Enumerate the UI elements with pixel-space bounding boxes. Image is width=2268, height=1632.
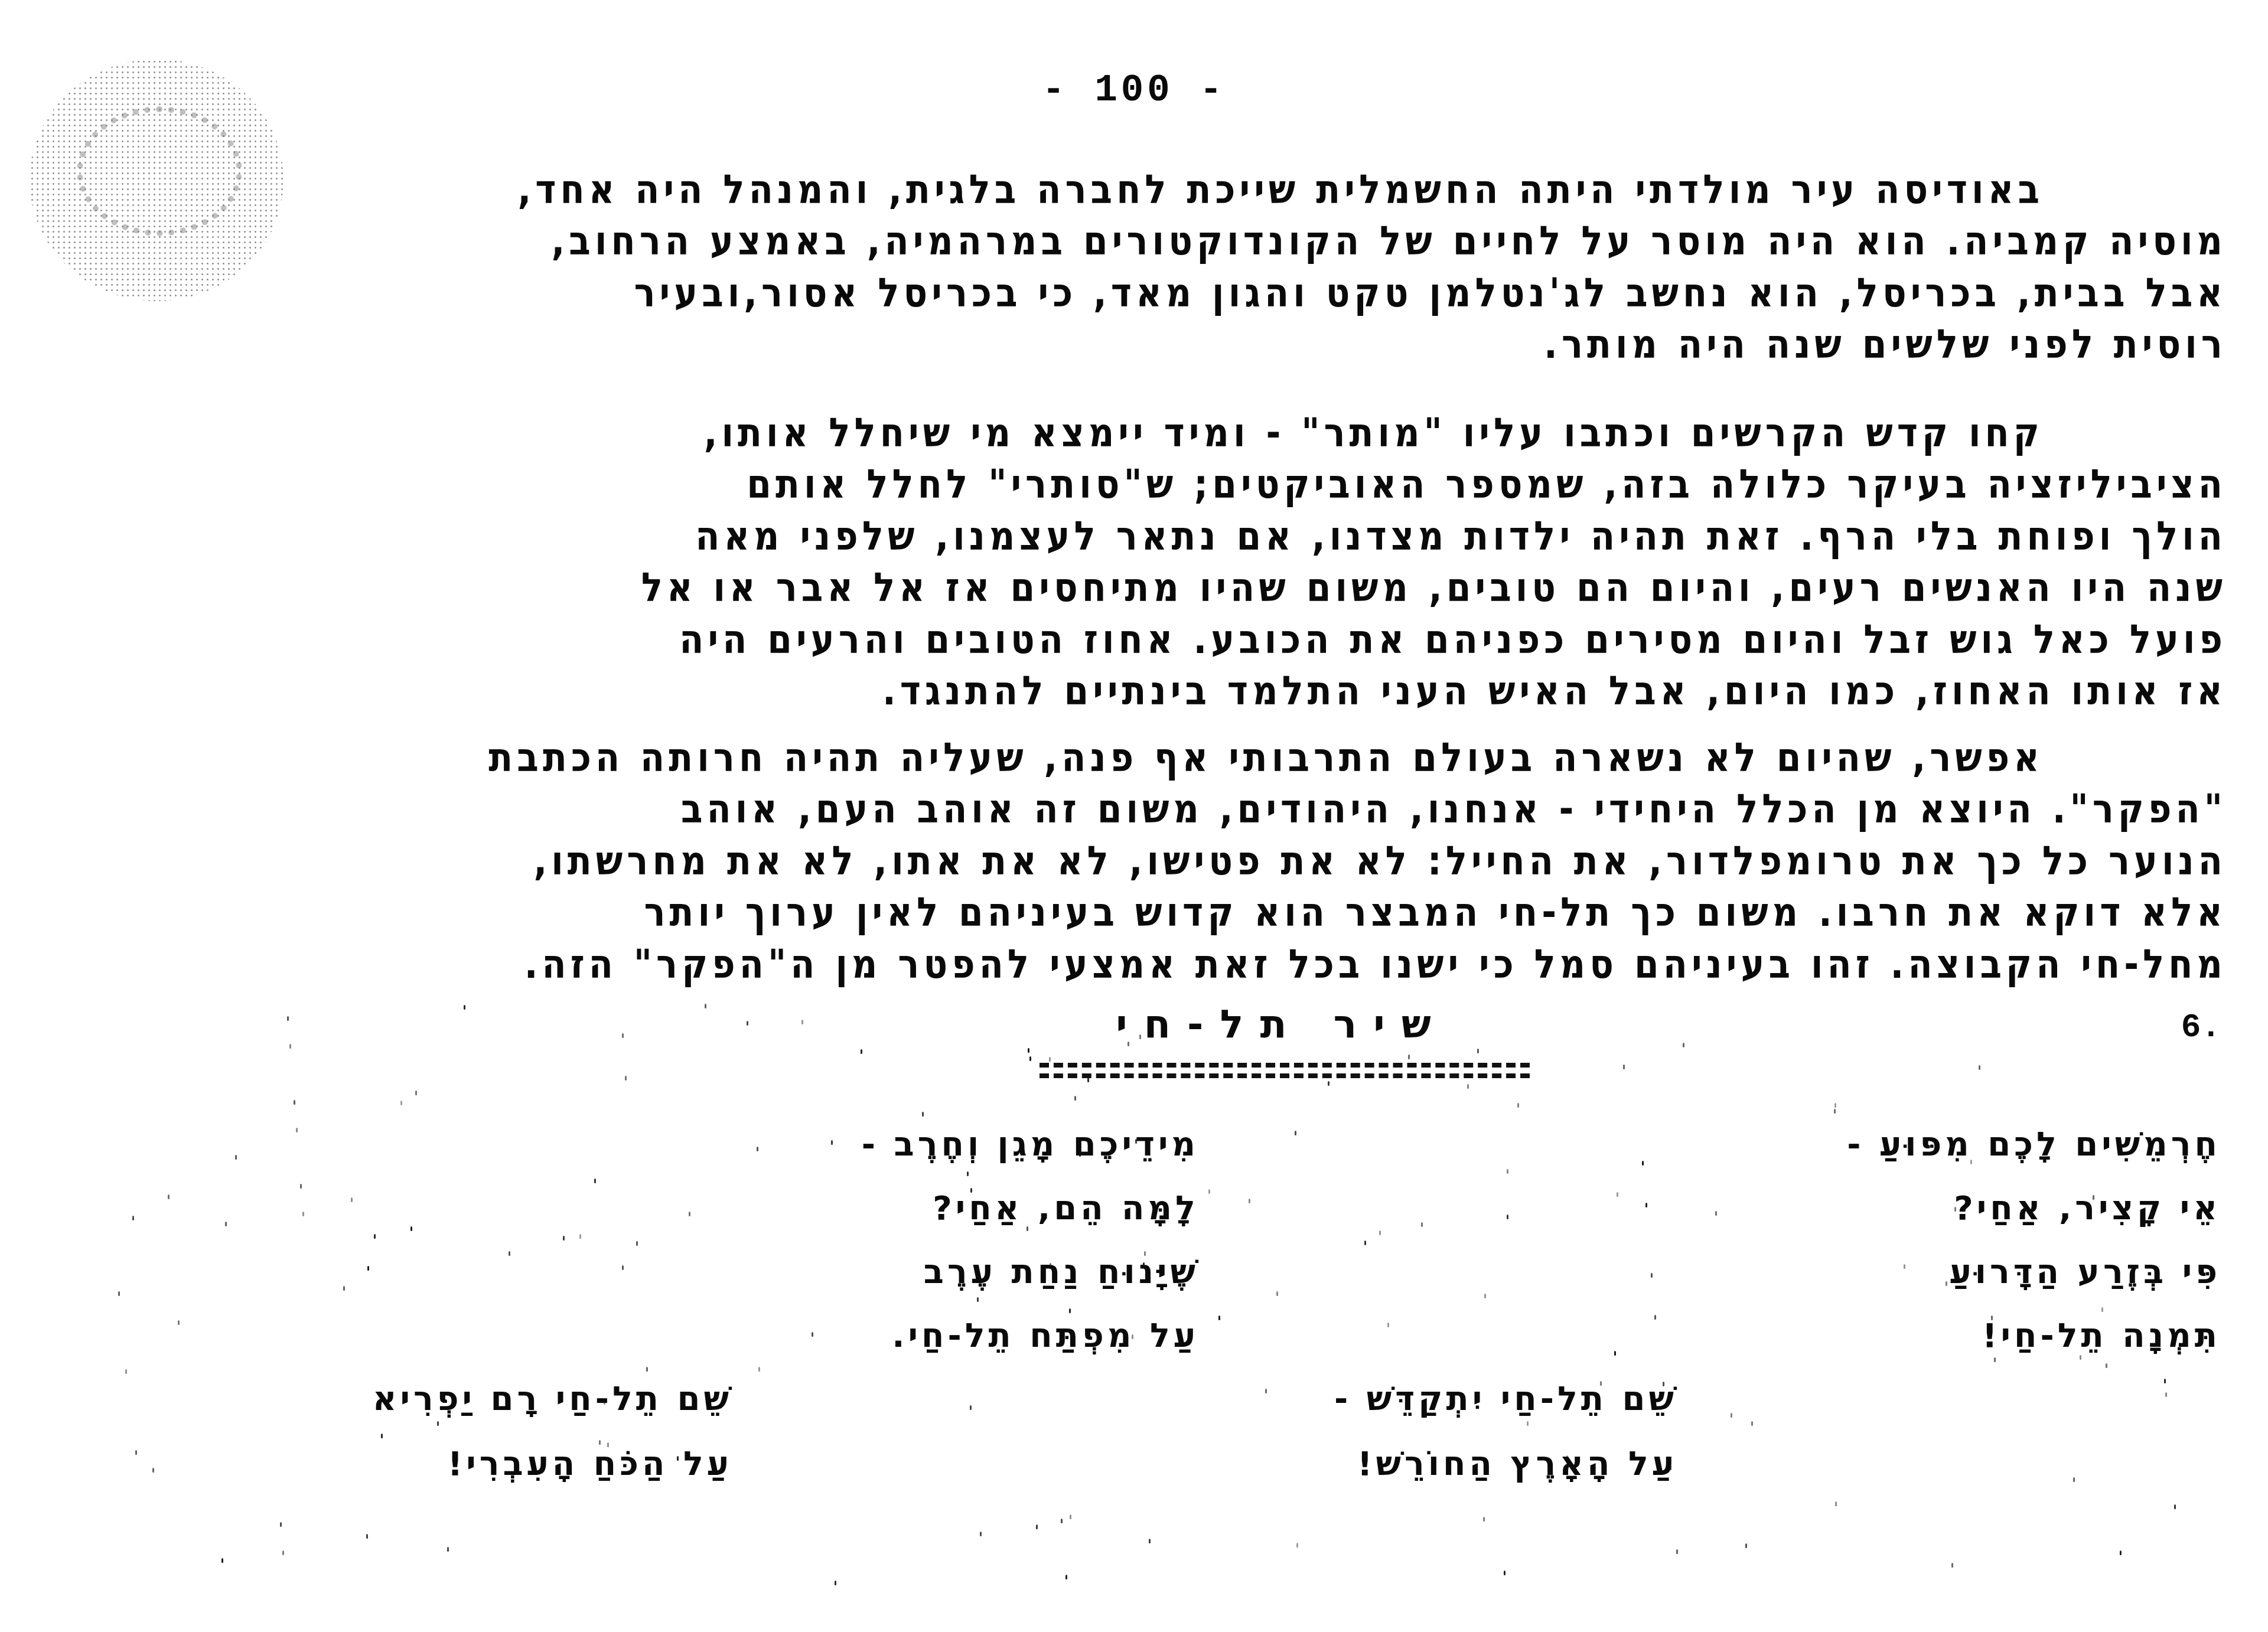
scan-speck [1834, 1103, 1836, 1108]
scan-speck [1483, 1517, 1485, 1522]
scan-speck [1295, 1131, 1296, 1135]
scan-speck [970, 1188, 972, 1193]
scan-speck [747, 1021, 748, 1026]
page-number: - 100 - [0, 70, 2268, 112]
poem-stanza-1: חֶרְמֵשִׁים לָכֶם מִפּוּעַ - אֵי קָצִיר,… [1847, 1113, 2221, 1368]
poem-line: שֵׁם תֵל-חַי יִתְקַדֵּשׁ - [1334, 1367, 1677, 1432]
scan-speck [132, 1216, 134, 1220]
scan-speck [381, 1434, 383, 1438]
scan-speck [1507, 1215, 1508, 1219]
scan-speck [646, 1367, 648, 1372]
scan-speck [1135, 1139, 1137, 1144]
scan-speck [1218, 1316, 1220, 1320]
scan-speck [1387, 1323, 1389, 1327]
scan-speck [1145, 1265, 1147, 1270]
scan-speck [374, 1234, 376, 1239]
paragraph-line: הציביליזציה בעיקר כלולה בזה, שמספר האובי… [124, 459, 2227, 510]
paragraph-line: "הפקר". היוצא מן הכלל היחידי - אנחנו, הי… [124, 784, 2227, 835]
scan-speck [1504, 1571, 1506, 1575]
poem-line: אֵי קָצִיר, אַחַי? [1847, 1177, 2221, 1241]
poem-line: לָמָּה הֵם, אַחַי? [862, 1177, 1199, 1241]
scan-speck [1139, 1034, 1141, 1039]
scan-speck [343, 1286, 345, 1291]
scan-speck [2155, 1267, 2157, 1271]
scan-speck [622, 1265, 624, 1270]
scan-speck [366, 1534, 368, 1539]
scan-speck [2073, 1477, 2075, 1482]
scan-speck [1087, 1078, 1089, 1082]
scan-speck [287, 1016, 289, 1021]
scan-speck [861, 1049, 862, 1054]
poem-stanza-2: מִידֵיכֶם מָגֵן וְחֶרֶב - לָמָּה הֵם, אַ… [862, 1113, 1199, 1368]
paragraph-line: קחו קדש הקרשים וכתבו עליו "מותר" - ומיד … [124, 407, 2227, 459]
paragraph-line: אז אותו האחוז, כמו היום, אבל האיש העני ה… [124, 665, 2227, 717]
scan-speck [689, 1212, 690, 1216]
scan-speck [2174, 1504, 2176, 1509]
scan-speck [1467, 1084, 1469, 1089]
scan-speck [1484, 1294, 1486, 1298]
paragraph-line: מוסיה קמביה. הוא היה מוסר על לחיים של הק… [124, 216, 2227, 267]
scan-speck [152, 1468, 154, 1473]
poem-line: שֶׁיָּנוּחַ נַחַת עֶרֶב [862, 1241, 1199, 1304]
scan-speck [1408, 1055, 1410, 1059]
scan-speck [1027, 1226, 1028, 1231]
scan-speck [967, 1171, 969, 1176]
scan-speck [1566, 1455, 1568, 1460]
scan-speck [1645, 1203, 1647, 1207]
scan-speck [622, 1033, 624, 1038]
poem-line: עַל מִפְתַּח תֵל-חַי. [862, 1304, 1199, 1368]
scan-speck [835, 1581, 836, 1585]
scan-speck [1050, 1263, 1051, 1268]
scan-speck [300, 1184, 302, 1189]
scan-speck [1128, 1042, 1129, 1046]
scan-speck [294, 1100, 295, 1105]
scan-speck [1028, 1048, 1029, 1053]
scan-speck [437, 1421, 439, 1426]
scan-speck [1600, 1381, 1602, 1386]
scan-speck [464, 1005, 465, 1010]
poem-line: תִּמְנָה תֵל-חַי! [1847, 1304, 2221, 1368]
scan-speck [1834, 1109, 1836, 1114]
paragraph-line: רוסית לפני שלשים שנה היה מותר. [124, 319, 2227, 370]
scan-speck [1029, 1056, 1031, 1061]
poem-title: שיר תל-חי [1028, 1001, 1536, 1047]
scan-speck [1651, 1273, 1653, 1278]
scan-speck [2120, 1551, 2122, 1555]
scan-speck [625, 1076, 627, 1081]
scan-speck [509, 1251, 510, 1256]
scan-speck [1527, 1421, 1529, 1426]
scan-speck [1477, 1049, 1479, 1053]
scan-speck [922, 1112, 924, 1117]
scan-speck [1144, 1251, 1146, 1256]
scan-speck [604, 1400, 605, 1405]
scan-speck [296, 1128, 298, 1132]
scan-speck [1654, 1315, 1656, 1320]
scan-speck [812, 1332, 813, 1337]
scan-speck [599, 1440, 601, 1445]
scan-speck [1676, 1549, 1678, 1554]
scan-speck [1070, 1515, 1071, 1519]
scan-speck [367, 1266, 369, 1271]
scan-speck [302, 1212, 304, 1216]
scan-speck [705, 1004, 706, 1008]
scan-speck [1149, 1539, 1151, 1543]
scan-speck [400, 1101, 402, 1105]
paragraph-line: אבל בבית, בכריסל, הוא נחשב לג'נטלמן טקט … [124, 267, 2227, 319]
scan-speck [1904, 1264, 1905, 1269]
scan-speck [2165, 1392, 2167, 1397]
scan-speck [118, 1291, 120, 1296]
paragraph-line: הנוער כל כך את טרומפלדור, את החייל: לא א… [124, 835, 2227, 887]
scan-speck [178, 1320, 180, 1325]
scan-speck [757, 1147, 758, 1151]
scanned-page: - 100 - באודיסה עיר מולדתי היתה החשמלית … [0, 0, 2268, 1632]
scan-speck [235, 1155, 237, 1160]
scan-speck [289, 1044, 291, 1049]
scan-speck [1065, 1575, 1067, 1579]
poem-line: חֶרְמֵשִׁים לָכֶם מִפּוּעַ - [1847, 1113, 2221, 1177]
scan-speck [1970, 1160, 1972, 1164]
scan-speck [1507, 1169, 1508, 1174]
scan-speck [1364, 1241, 1366, 1245]
scan-speck [1670, 1465, 1671, 1470]
scan-speck [607, 1442, 609, 1447]
scan-speck [758, 1367, 760, 1372]
scan-speck [1954, 1207, 1956, 1212]
scan-speck [1994, 1357, 1996, 1362]
scan-speck [282, 1551, 284, 1555]
scan-speck [135, 1450, 137, 1455]
scan-speck [1663, 1382, 1664, 1386]
scan-speck [1061, 1519, 1063, 1523]
scan-speck [351, 1197, 353, 1202]
scan-speck [977, 1297, 979, 1302]
scan-speck [410, 1226, 412, 1231]
scan-speck [1751, 1421, 1753, 1426]
scan-speck [1991, 1316, 1993, 1320]
scan-speck [415, 1091, 417, 1095]
scan-speck [1642, 1161, 1644, 1166]
scan-speck [1979, 1065, 1980, 1070]
scan-speck [225, 1222, 227, 1226]
paragraph-line: מחל-חי הקבוצה. זהו בעיניהם סמל כי ישנו ב… [124, 938, 2227, 990]
scan-speck [1731, 1413, 1732, 1418]
poem-section-number: 6. [2181, 1008, 2221, 1046]
scan-speck [970, 1405, 972, 1410]
scan-speck [1079, 1152, 1081, 1157]
scan-speck [1623, 1065, 1625, 1069]
scan-speck [1379, 1230, 1381, 1235]
scan-speck [1069, 1308, 1071, 1313]
scan-speck [1296, 1543, 1298, 1548]
scan-speck [1946, 1281, 1947, 1286]
poem-line: מִידֵיכֶם מָגֵן וְחֶרֶב - [862, 1113, 1199, 1177]
scan-speck [168, 1194, 170, 1199]
scan-speck [1951, 1563, 1953, 1568]
scan-speck [801, 1020, 803, 1024]
scan-speck [1715, 1211, 1717, 1216]
scan-speck [1143, 1262, 1145, 1267]
scan-speck [594, 1179, 596, 1183]
scan-speck [831, 1140, 833, 1145]
title-double-underline [1039, 1063, 1530, 1078]
paragraph-1: באודיסה עיר מולדתי היתה החשמלית שייכת לח… [124, 164, 2227, 370]
paragraph-3: אפשר, שהיום לא נשארה בעולם התרבותי אף פנ… [124, 732, 2227, 990]
scan-speck [1745, 1543, 1747, 1548]
scan-speck [1049, 1057, 1051, 1062]
paragraph-2: קחו קדש הקרשים וכתבו עליו "מותר" - ומיד … [124, 407, 2227, 717]
scan-speck [1517, 1103, 1519, 1108]
scan-speck [447, 1547, 449, 1552]
scan-speck [2164, 1379, 2166, 1383]
scan-speck [2080, 1355, 2081, 1360]
scan-speck [1208, 1189, 1210, 1194]
scan-speck [125, 1369, 127, 1374]
paragraph-line: שנה היו האנשים רעים, והיום הם טובים, משו… [124, 562, 2227, 613]
scan-speck [1614, 1351, 1616, 1356]
paragraph-line: אלא דוקא את חרבו. משום כך תל-חי המבצר הו… [124, 887, 2227, 938]
scan-speck [1421, 1222, 1423, 1227]
paragraph-line: פועל כאל גוש זבל והיום מסירים כפניהם את … [124, 613, 2227, 665]
poem-line: שֵׁם תֵל-חַי רָם יַפְרִיא [373, 1367, 732, 1432]
scan-speck [2093, 1195, 2094, 1200]
scan-speck [1276, 1291, 1278, 1296]
scan-speck [2106, 1363, 2107, 1368]
scan-speck [579, 1234, 581, 1239]
scan-speck [980, 1532, 982, 1536]
scan-speck [1036, 1525, 1038, 1529]
paragraph-line: אפשר, שהיום לא נשארה בעולם התרבותי אף פנ… [124, 732, 2227, 784]
scan-speck [1074, 1096, 1076, 1101]
scan-speck [280, 1522, 282, 1527]
paragraph-line: הולך ופוחת בלי הרף. זאת תהיה ילדות מצדנו… [124, 511, 2227, 562]
paragraph-line: באודיסה עיר מולדתי היתה החשמלית שייכת לח… [124, 164, 2227, 216]
poem-line: פִּי בְּזֶרַע הַדָּרוּעַ [1847, 1241, 2221, 1304]
scan-speck [1683, 1043, 1684, 1047]
poem-stanza-3: שֵׁם תֵל-חַי יִתְקַדֵּשׁ - עַל הָאָרֶץ ה… [1334, 1367, 1677, 1497]
scan-speck [563, 1236, 565, 1241]
scan-speck [1835, 1502, 1837, 1506]
scan-speck [1132, 1334, 1133, 1339]
scan-speck [636, 1241, 638, 1246]
scan-speck [1328, 1081, 1329, 1086]
scan-speck [2101, 1307, 2103, 1312]
scan-speck [1265, 1389, 1267, 1393]
scan-speck [1617, 1192, 1618, 1197]
scan-speck [1249, 1199, 1250, 1203]
poem-line: עַל הָאָרֶץ הַחוֹרֵשׁ! [1334, 1432, 1677, 1497]
scan-speck [221, 1558, 223, 1563]
poem-line: עַל הַכֹּחַ הָעִבְרִי! [373, 1432, 732, 1497]
poem-stanza-4: שֵׁם תֵל-חַי רָם יַפְרִיא עַל הַכֹּחַ הָ… [373, 1367, 732, 1497]
scan-speck [677, 1456, 679, 1461]
